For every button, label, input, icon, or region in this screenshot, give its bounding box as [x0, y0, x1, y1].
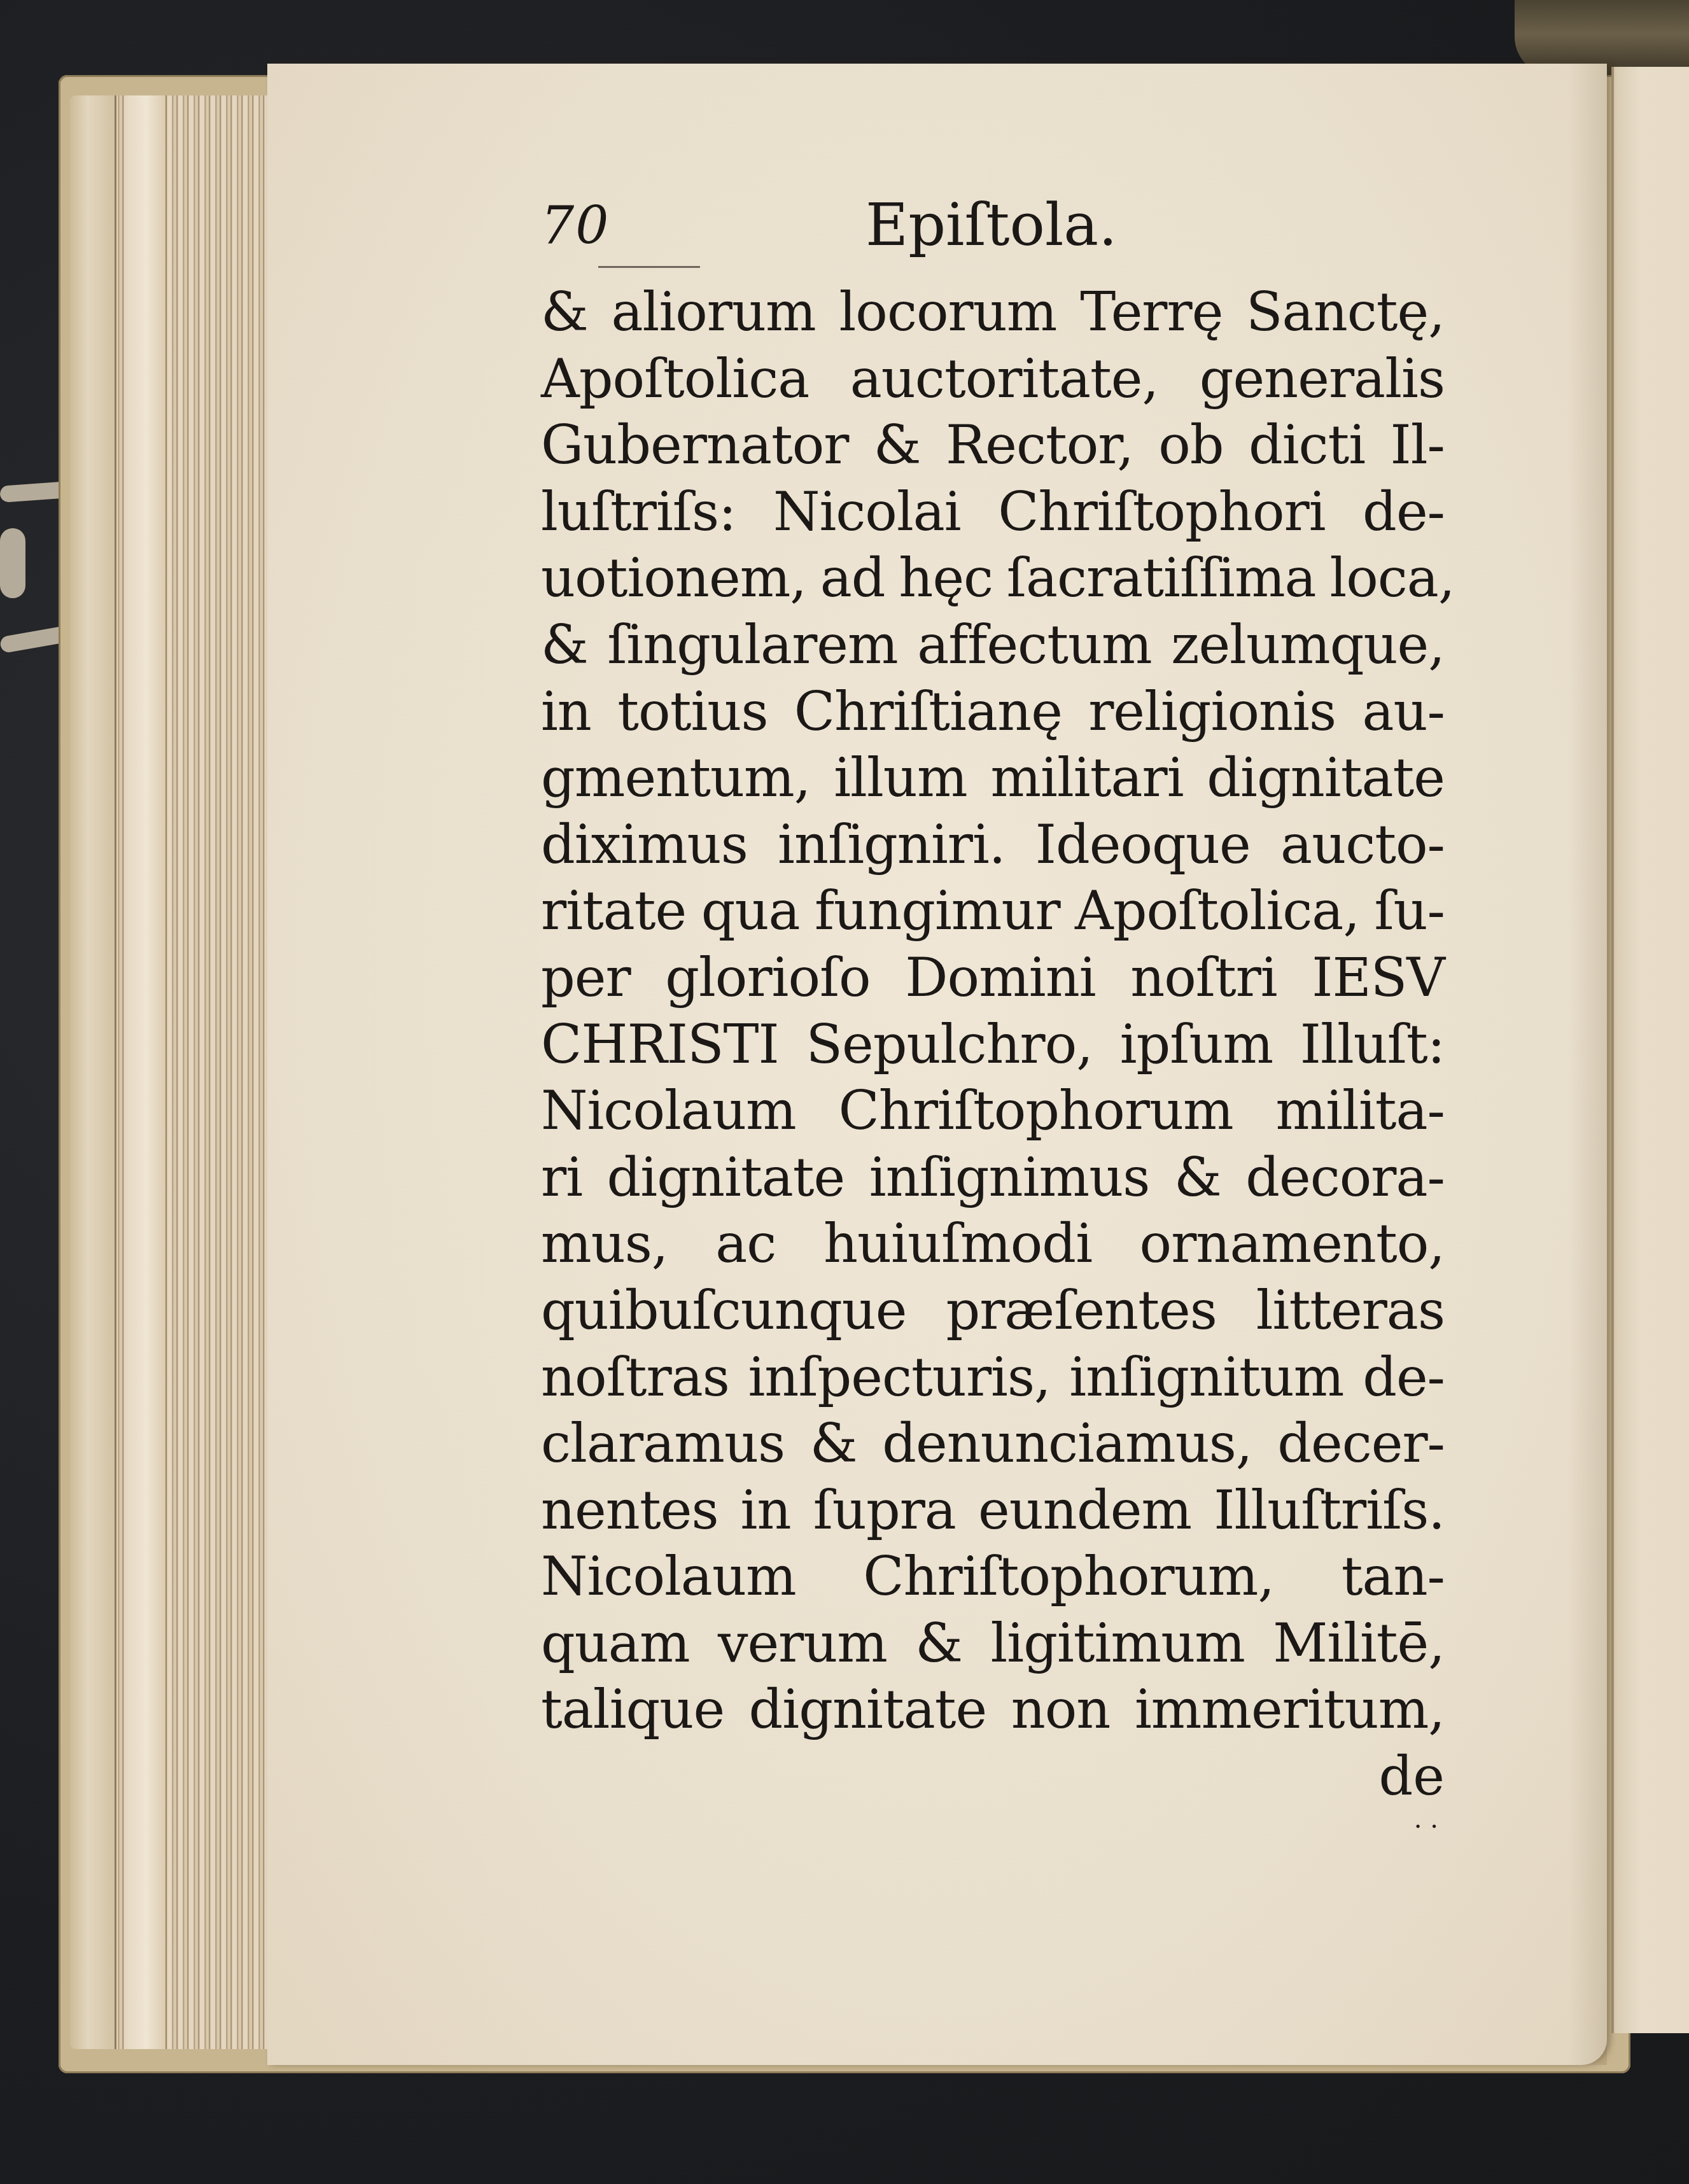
- text-line: claramus & denunciamus, decer-: [541, 1410, 1445, 1477]
- gutter-shadow: [1569, 64, 1607, 2065]
- string-ribbon-loop: [0, 528, 25, 598]
- text-line: CHRISTI Sepulchro, ipſum Illuſt:: [541, 1011, 1445, 1078]
- running-title: Epiſtola.: [866, 191, 1117, 259]
- flyleaf-edge: [127, 95, 167, 2049]
- text-line: talique dignitate non immeritum,: [541, 1676, 1445, 1743]
- text-line: nentes in ſupra eundem Illuſtriſs.: [541, 1477, 1445, 1544]
- header-rule: [598, 266, 700, 268]
- text-line: luſtriſs: Nicolai Chriſtophori de-: [541, 479, 1445, 545]
- page-text-block: 70 Epiſtola. & aliorum locorum Terrę San…: [541, 191, 1445, 1829]
- signature-mark: . .: [541, 1810, 1445, 1829]
- text-line: gmentum, illum militari dignitate: [541, 745, 1445, 811]
- text-line: quam verum & ligitimum Militē,: [541, 1610, 1445, 1677]
- catchword: de: [541, 1743, 1445, 1810]
- text-line: Nicolaum Chriſtophorum, tan-: [541, 1543, 1445, 1610]
- page-number: 70: [541, 196, 610, 256]
- text-line: Apoſtolica auctoritate, generalis: [541, 346, 1445, 412]
- text-line: Gubernator & Rector, ob dicti Il-: [541, 412, 1445, 479]
- page-header: 70 Epiſtola.: [541, 191, 1445, 261]
- text-line: & aliorum locorum Terrę Sanctę,: [541, 279, 1445, 346]
- text-line: diximus inſigniri. Ideoque aucto-: [541, 811, 1445, 878]
- text-line: ritate qua fungimur Apoſtolica, ſu-: [541, 878, 1445, 944]
- text-line: & ſingularem affectum zelumque,: [541, 612, 1445, 678]
- page-edges-stack: [70, 95, 274, 2049]
- text-line: noſtras inſpecturis, inſignitum de-: [541, 1344, 1445, 1411]
- text-line: per glorioſo Domini noſtri IESV: [541, 944, 1445, 1011]
- cover-edge: [70, 95, 116, 2049]
- text-line: in totius Chriſtianę religionis au-: [541, 678, 1445, 745]
- facing-page-edge: [1611, 67, 1689, 2033]
- text-line: Nicolaum Chriſtophorum milita-: [541, 1077, 1445, 1144]
- text-line: quibuſcunque præſentes litteras: [541, 1277, 1445, 1344]
- text-line: uotionem, ad hęc ſacratiſſima loca,: [541, 545, 1445, 612]
- text-line: mus, ac huiuſmodi ornamento,: [541, 1210, 1445, 1277]
- text-line: ri dignitate inſignimus & decora-: [541, 1144, 1445, 1211]
